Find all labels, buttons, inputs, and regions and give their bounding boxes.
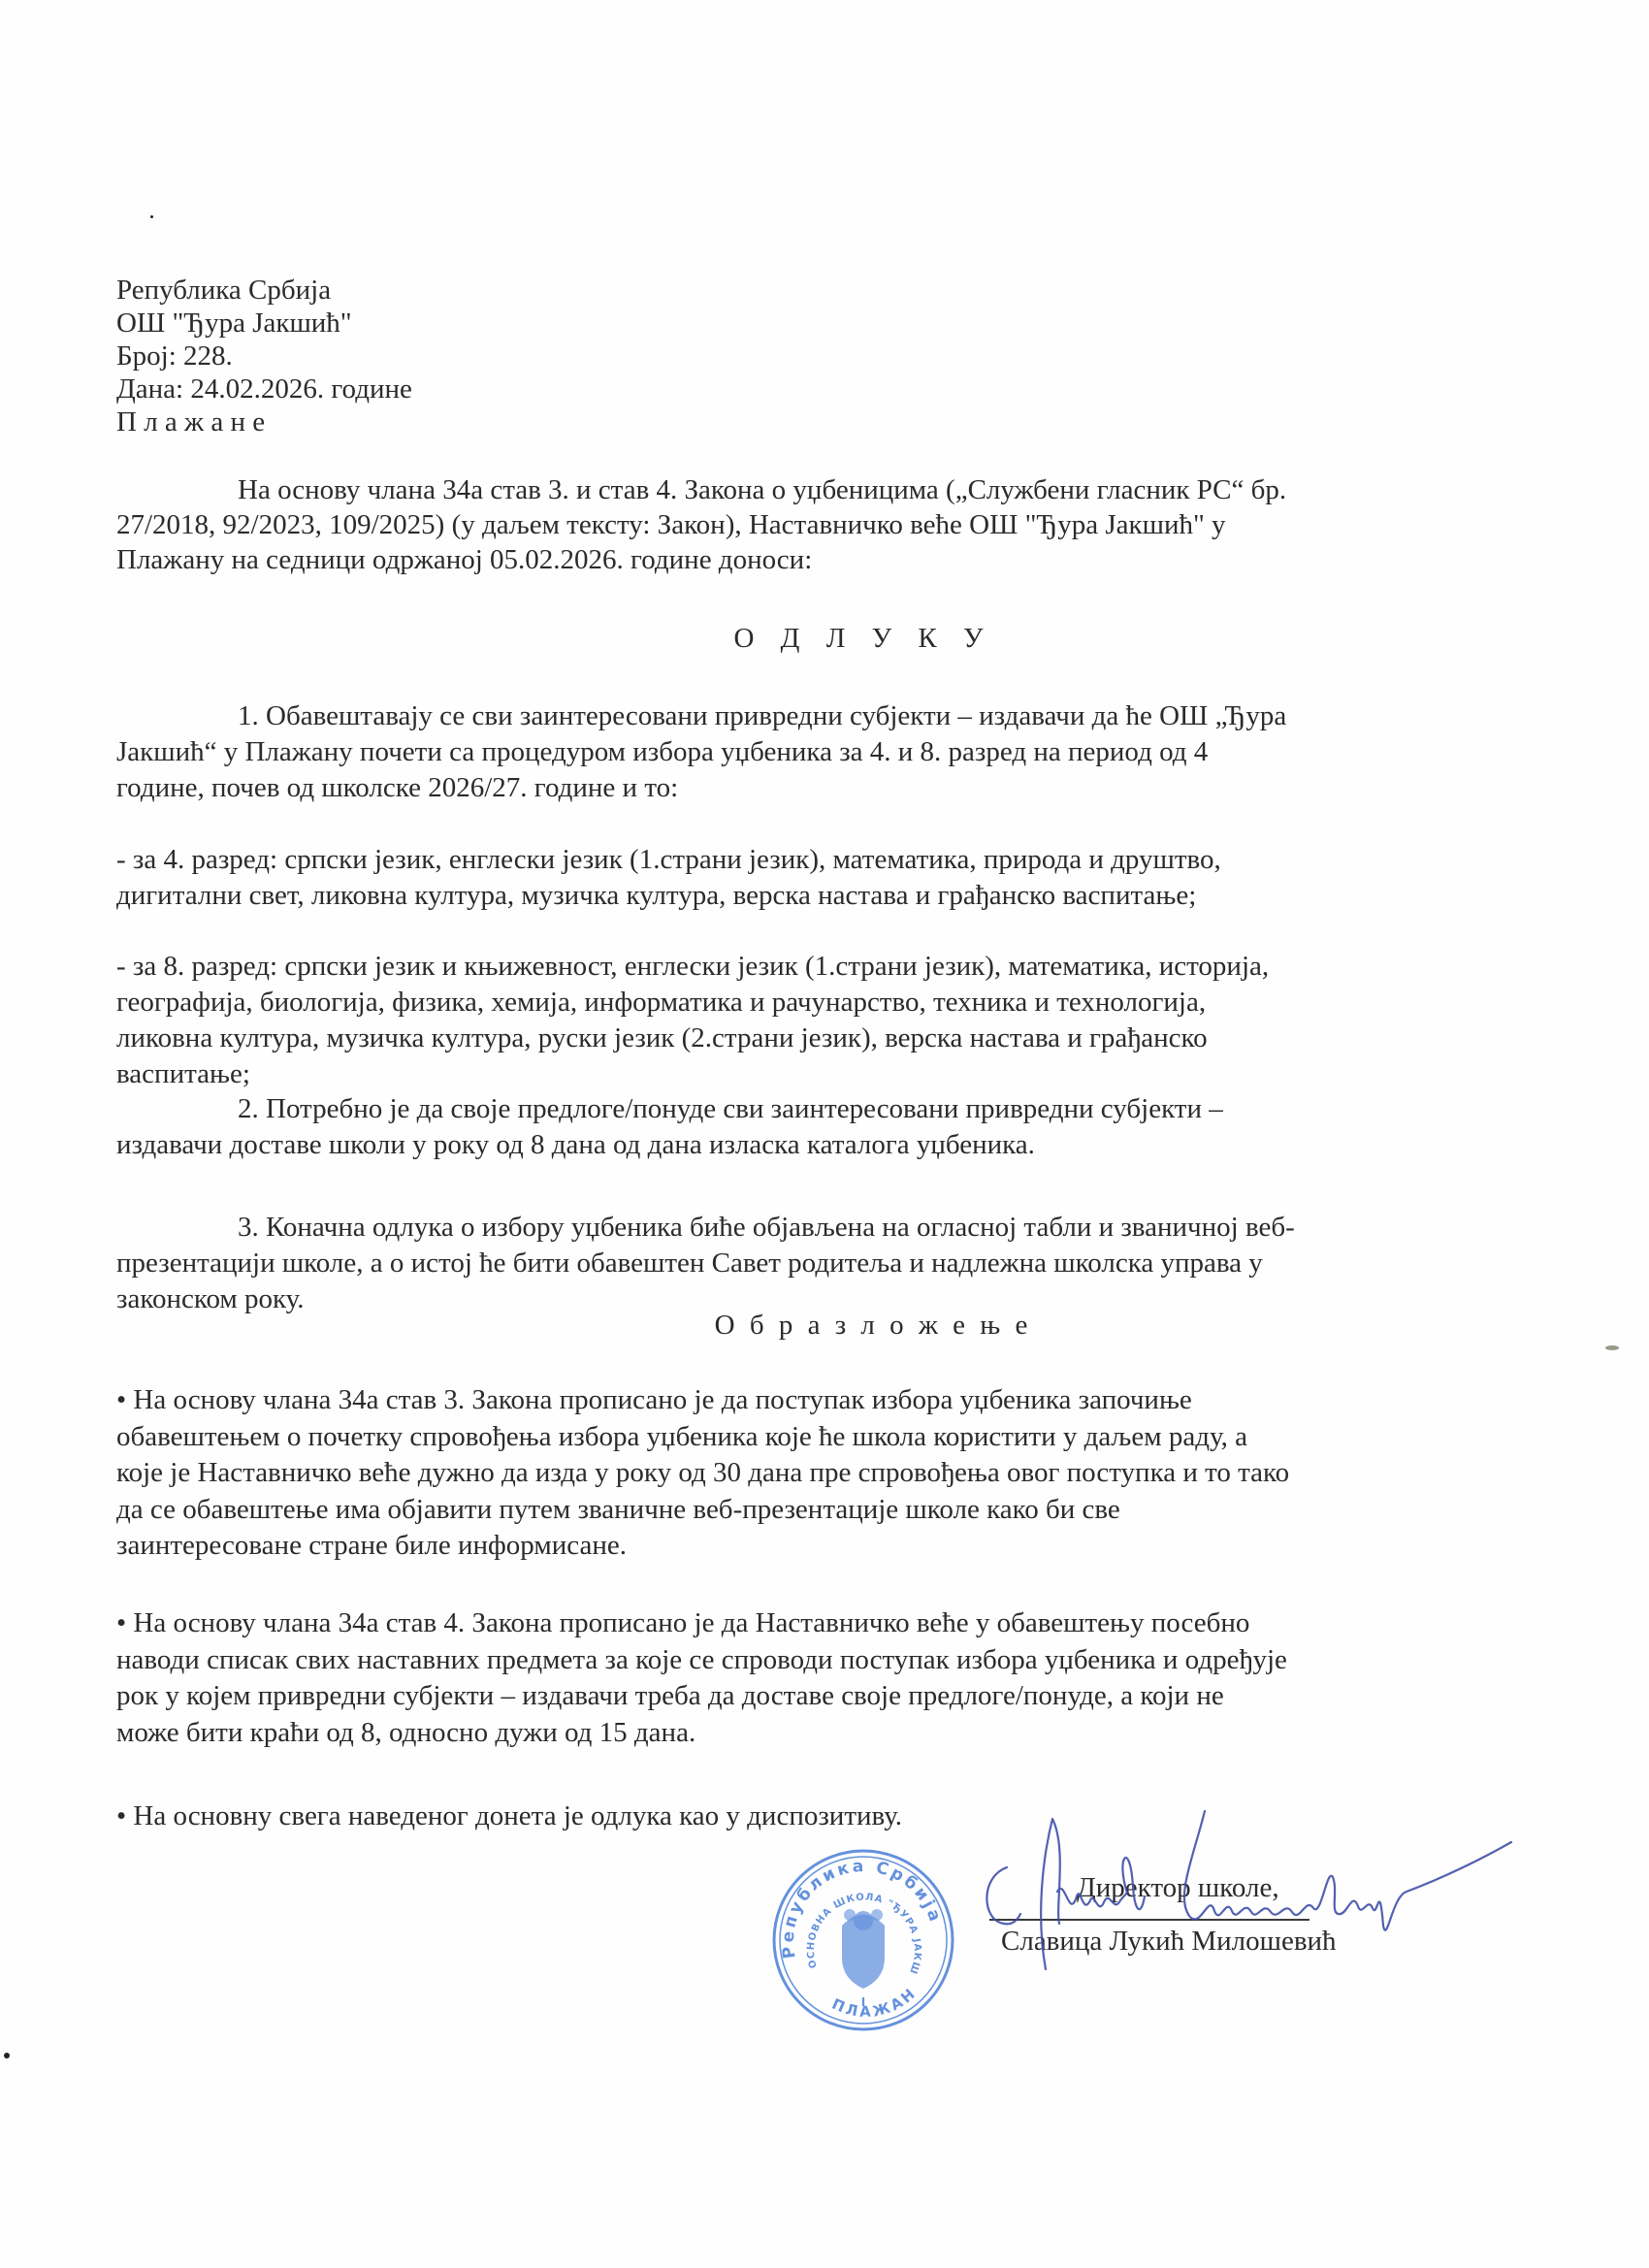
text-line: да се обавештење има објавити путем зван… — [116, 1492, 1289, 1529]
text-line: 2. Потребно је да своје предлоге/понуде … — [116, 1091, 1223, 1127]
text-line: Број: 228. — [116, 340, 412, 373]
scan-speck — [4, 2053, 10, 2058]
text-line: наводи списак свих наставних предмета за… — [116, 1642, 1287, 1679]
scan-speck — [1605, 1345, 1619, 1350]
text-line: географија, биологија, физика, хемија, и… — [116, 985, 1269, 1021]
text-line: 3. Коначна одлука о избору уџбеника биће… — [116, 1210, 1295, 1246]
text-line: дигитални свет, ликовна култура, музичка… — [116, 878, 1221, 914]
signature-line — [989, 1919, 1309, 1921]
decision-item-3: 3. Коначна одлука о избору уџбеника биће… — [116, 1210, 1295, 1317]
text-line: године, почев од школске 2026/27. године… — [116, 770, 1286, 806]
reasoning-point-1: • На основу члана 34а став 3. Закона про… — [116, 1382, 1289, 1565]
text-line: На основу члана 34а став 3. и став 4. За… — [116, 472, 1286, 507]
decision-title: О Д Л У К У — [0, 623, 1649, 655]
grade-8-subjects: - за 8. разред: српски језик и књижевнос… — [116, 949, 1269, 1092]
text-line: васпитање; — [116, 1056, 1269, 1092]
official-stamp-icon: Република Србија ОСНОВНА ШКОЛА "ЂУРА ЈАК… — [766, 1843, 960, 2037]
scan-speck — [150, 215, 153, 218]
text-line: презентацији школе, а о истој ће бити об… — [116, 1246, 1295, 1281]
text-line: заинтересоване стране биле информисане. — [116, 1528, 1289, 1565]
text-line: - за 4. разред: српски језик, енглески ј… — [116, 842, 1221, 878]
text-line: - за 8. разред: српски језик и књижевнос… — [116, 949, 1269, 985]
text-line: може бити краћи од 8, односно дужи од 15… — [116, 1715, 1287, 1752]
text-line: Јакшић“ у Плажану почети са процедуром и… — [116, 734, 1286, 770]
text-line: Република Србија — [116, 274, 412, 307]
reasoning-point-2: • На основу члана 34а став 4. Закона про… — [116, 1605, 1287, 1751]
text-line: ОШ "Ђура Јакшић" — [116, 307, 412, 340]
document-header: Република СрбијаОШ "Ђура Јакшић"Број: 22… — [116, 274, 412, 438]
signatory-name: Славица Лукић Милошевић — [1001, 1926, 1337, 1958]
text-line: 1. Обавештавају се сви заинтересовани пр… — [116, 698, 1286, 734]
reasoning-title: О б р а з л о ж е њ е — [0, 1310, 1649, 1342]
text-line: издавачи доставе школи у року од 8 дана … — [116, 1127, 1223, 1163]
text-line: Дана: 24.02.2026. године — [116, 373, 412, 405]
text-line: 27/2018, 92/2023, 109/2025) (у даљем тек… — [116, 507, 1286, 542]
text-line: ликовна култура, музичка култура, руски … — [116, 1021, 1269, 1056]
signature-title: Директор школе, — [1077, 1872, 1279, 1904]
text-line: • На основну свега наведеног донета је о… — [116, 1799, 902, 1832]
text-line: рок у којем привредни субјекти – издавач… — [116, 1678, 1287, 1715]
decision-item-2: 2. Потребно је да своје предлоге/понуде … — [116, 1091, 1223, 1163]
text-line: које је Наставничко веће дужно да изда у… — [116, 1455, 1289, 1492]
text-line: • На основу члана 34а став 3. Закона про… — [116, 1382, 1289, 1419]
text-line: • На основу члана 34а став 4. Закона про… — [116, 1605, 1287, 1642]
intro-paragraph: На основу члана 34а став 3. и став 4. За… — [116, 472, 1286, 577]
grade-4-subjects: - за 4. разред: српски језик, енглески ј… — [116, 842, 1221, 914]
text-line: П л а ж а н е — [116, 405, 412, 438]
text-line: Плажану на седници одржаној 05.02.2026. … — [116, 542, 1286, 577]
svg-text:I: I — [861, 1995, 865, 2009]
text-line: обавештењем о почетку спровођења избора … — [116, 1419, 1289, 1456]
document-page: Република СрбијаОШ "Ђура Јакшић"Број: 22… — [0, 0, 1649, 2268]
decision-item-1: 1. Обавештавају се сви заинтересовани пр… — [116, 698, 1286, 806]
reasoning-point-3: • На основну свега наведеног донета је о… — [116, 1799, 902, 1832]
